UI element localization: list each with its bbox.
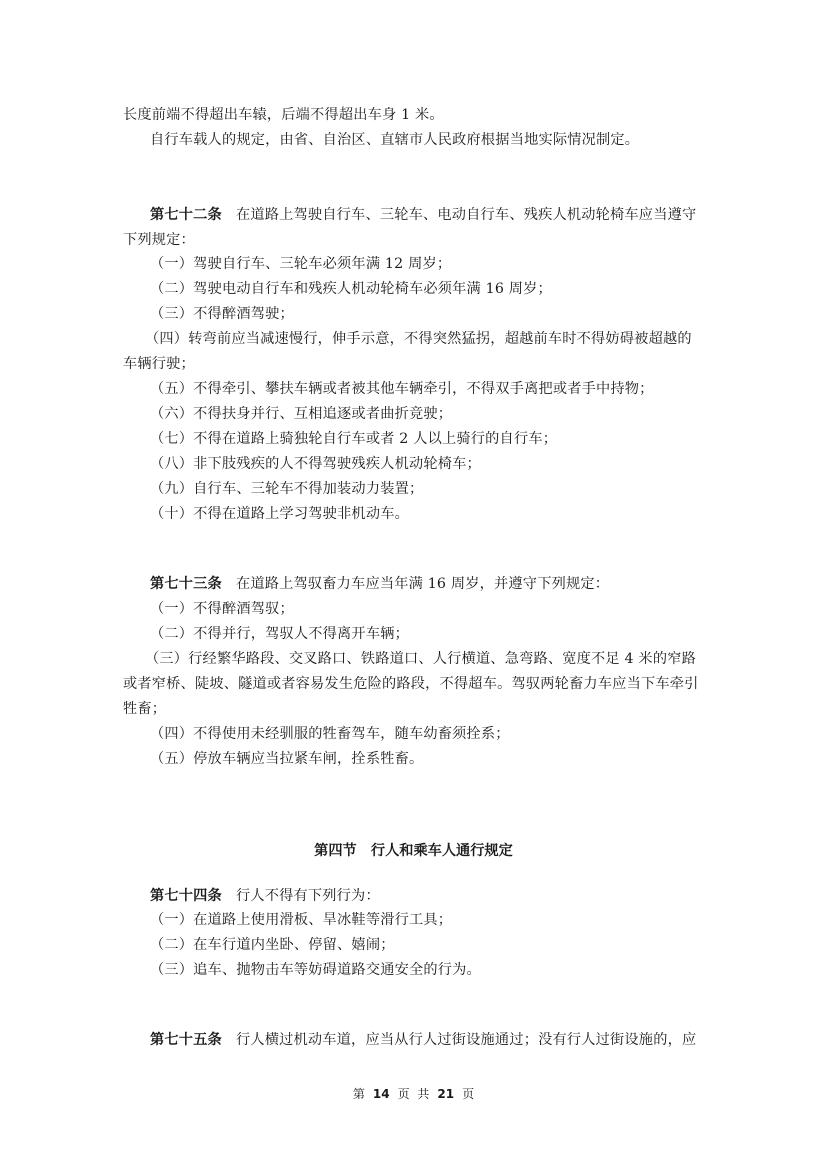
page-footer: 第14页 共21页 [0, 1086, 827, 1102]
current-page-number: 14 [373, 1087, 390, 1101]
article-text: 行人不得有下列行为： [236, 888, 380, 904]
total-pages-number: 21 [437, 1087, 454, 1101]
article-75-intro: 第七十五条行人横过机动车道，应当从行人过街设施通过；没有行人过街设施的，应 [150, 1030, 735, 1050]
footer-suffix: 页 [462, 1087, 474, 1101]
footer-text: 共 [417, 1087, 429, 1101]
paragraph-line: 下列规定： [123, 230, 708, 250]
list-item: （一）在道路上使用滑板、旱冰鞋等滑行工具； [150, 910, 735, 930]
list-item: （三）不得醉酒驾驶； [150, 304, 735, 324]
list-item: （四）转弯前应当减速慢行，伸手示意，不得突然猛拐，超越前车时不得妨碍被超越的 [145, 329, 730, 349]
list-item: （十）不得在道路上学习驾驶非机动车。 [150, 504, 735, 524]
list-item: （五）不得牵引、攀扶车辆或者被其他车辆牵引，不得双手离把或者手中持物； [150, 379, 735, 399]
article-heading: 第七十五条 [150, 1032, 222, 1048]
list-item-continuation: 或者窄桥、陡坡、隧道或者容易发生危险的路段，不得超车。驾驭两轮畜力车应当下车牵引 [123, 674, 708, 694]
list-item-continuation: 牲畜； [123, 699, 708, 719]
list-item-continuation: 车辆行驶； [123, 354, 708, 374]
article-72-intro: 第七十二条在道路上驾驶自行车、三轮车、电动自行车、残疾人机动轮椅车应当遵守 [150, 205, 735, 225]
list-item: （二）在车行道内坐卧、停留、嬉闹； [150, 935, 735, 955]
list-item: （三）追车、抛物击车等妨碍道路交通安全的行为。 [150, 960, 735, 980]
paragraph-line: 自行车载人的规定，由省、自治区、直辖市人民政府根据当地实际情况制定。 [150, 130, 735, 150]
section-title: 第四节 行人和乘车人通行规定 [0, 841, 827, 861]
list-item: （五）停放车辆应当拉紧车闸，拴系牲畜。 [150, 749, 735, 769]
article-text: 在道路上驾驭畜力车应当年满 16 周岁，并遵守下列规定： [236, 576, 609, 592]
list-item: （九）自行车、三轮车不得加装动力装置； [150, 479, 735, 499]
list-item: （四）不得使用未经驯服的牲畜驾车，随车幼畜须拴系； [150, 724, 735, 744]
list-item: （二）驾驶电动自行车和残疾人机动轮椅车必须年满 16 周岁； [150, 279, 735, 299]
list-item: （一）不得醉酒驾驭； [150, 599, 735, 619]
footer-prefix: 第 [353, 1087, 365, 1101]
article-74-intro: 第七十四条行人不得有下列行为： [150, 886, 735, 906]
article-heading: 第七十三条 [150, 576, 222, 592]
article-text: 行人横过机动车道，应当从行人过街设施通过；没有行人过街设施的，应 [236, 1032, 696, 1048]
list-item: （二）不得并行，驾驭人不得离开车辆； [150, 624, 735, 644]
list-item: （一）驾驶自行车、三轮车必须年满 12 周岁； [150, 254, 735, 274]
list-item: （六）不得扶身并行、互相追逐或者曲折竞驶； [150, 404, 735, 424]
footer-text: 页 [398, 1087, 410, 1101]
article-73-intro: 第七十三条在道路上驾驭畜力车应当年满 16 周岁，并遵守下列规定： [150, 574, 735, 594]
article-heading: 第七十四条 [150, 888, 222, 904]
list-item: （八）非下肢残疾的人不得驾驶残疾人机动轮椅车； [150, 454, 735, 474]
article-heading: 第七十二条 [150, 207, 222, 223]
list-item: （三）行经繁华路段、交叉路口、铁路道口、人行横道、急弯路、宽度不足 4 米的窄路 [145, 649, 730, 669]
paragraph-line: 长度前端不得超出车辕，后端不得超出车身 1 米。 [123, 105, 708, 125]
document-page: 长度前端不得超出车辕，后端不得超出车身 1 米。 自行车载人的规定，由省、自治区… [0, 0, 827, 1170]
list-item: （七）不得在道路上骑独轮自行车或者 2 人以上骑行的自行车； [150, 429, 735, 449]
article-text: 在道路上驾驶自行车、三轮车、电动自行车、残疾人机动轮椅车应当遵守 [236, 207, 696, 223]
